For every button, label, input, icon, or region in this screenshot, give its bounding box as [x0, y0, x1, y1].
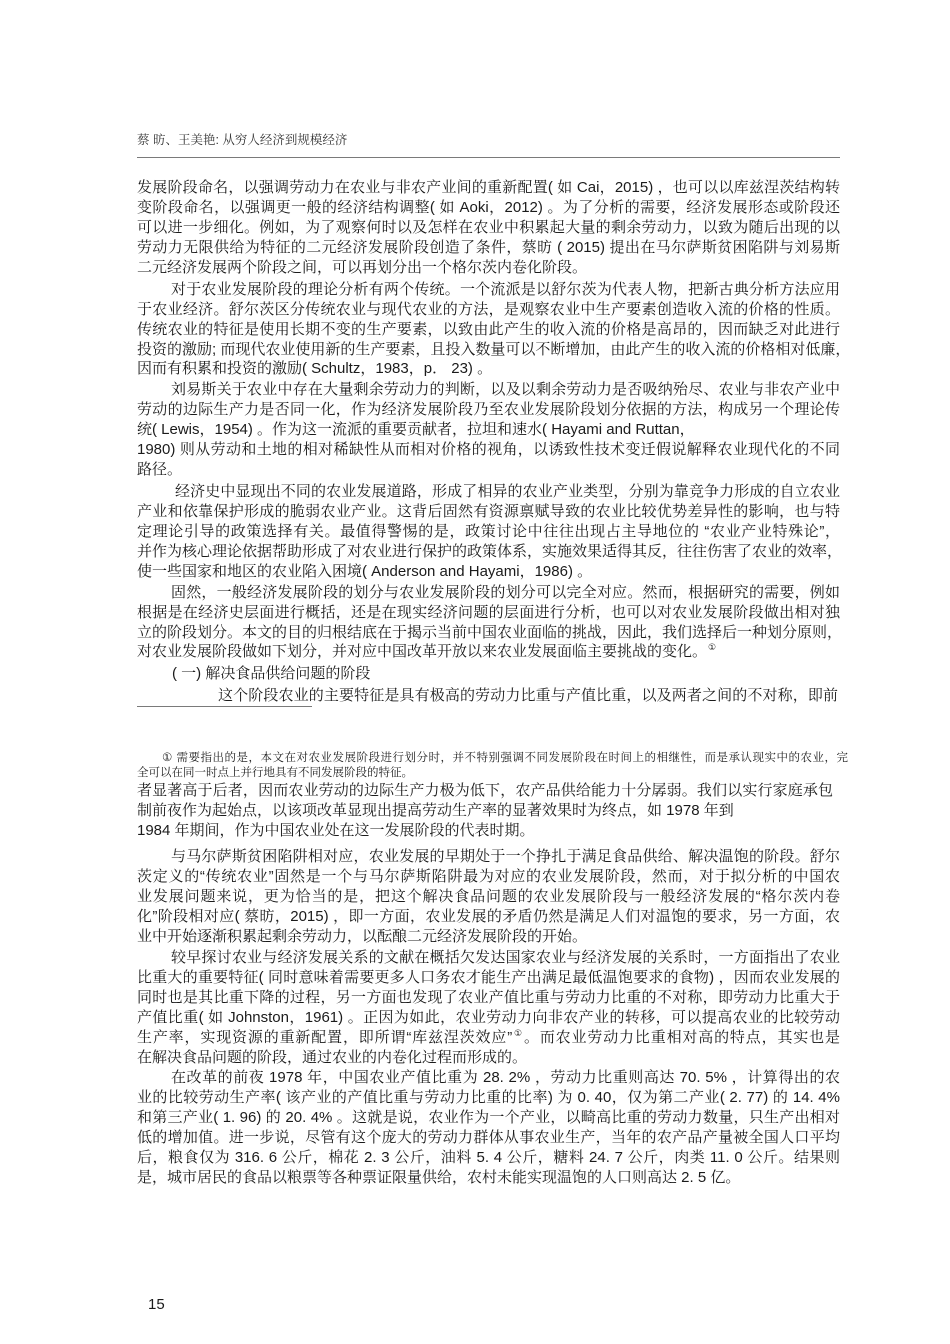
text-segment: 生产率，实现资源的重新配置，即所谓“库兹涅茨效应” [137, 1029, 512, 1046]
text-line: 产业和依靠保护形成的脆弱农业产业。这背后固然有资源禀赋导致的农业比较优势差异性的… [137, 502, 840, 522]
text-line: 刘易斯关于农业中存在大量剩余劳动力的判断，以及以剩余劳动力是否吸纳殆尽、农业与非… [171, 380, 840, 400]
page-number: 15 [148, 1295, 165, 1315]
text-line: 制前夜作为起始点，以该项改革显现出提高劳动生产率的显著效果时为终点，如 1978… [137, 801, 840, 821]
footnote-separator [137, 706, 312, 707]
text-line: 茨定义的“传统农业”固然是一个与马尔萨斯陷阱最为对应的农业发展阶段，然而，对于拟… [137, 867, 840, 887]
text-line: 统( Lewis，1954) 。作为这一流派的重要贡献者，拉坦和速水( Haya… [137, 420, 840, 440]
text-line: 立的阶段划分。本文的目的归根结底在于揭示当前中国农业面临的挑战，因此，我们选择后… [137, 623, 840, 643]
text-segment: 对农业发展阶段做如下划分，并对应中国改革开放以来农业发展面临主要挑战的变化。 [137, 643, 707, 660]
text-line: 可以进一步细化。例如，为了观察何时以及怎样在农业中积累起大量的剩余劳动力，以致为… [137, 218, 840, 238]
text-line: 劳动力无限供给为特征的二元经济发展阶段创造了条件，蔡昉 ( 2015) 提出在马… [137, 238, 840, 258]
section-heading: ( 一) 解决食品供给问题的阶段 [172, 664, 370, 684]
text-line: 与马尔萨斯贫困陷阱相对应，农业发展的早期处于一个挣扎于满足食品供给、解决温饱的阶… [171, 847, 840, 867]
text-segment: 。而农业劳动力比重相对高的特点，其实也是 [524, 1029, 840, 1046]
text-line: 1984 年期间，作为中国农业处在这一发展阶段的代表时期。 [137, 821, 840, 841]
text-line: 比重大的重要特征( 同时意味着需要更多人口务农才能生产出满足最低温饱要求的食物)… [137, 968, 840, 988]
text-line: 是，城市居民的食品以粮票等各种票证限量供给，农村未能实现温饱的人口则高达 2. … [137, 1168, 840, 1188]
text-line: 业的比较劳动生产率( 该产业的产值比重与劳动力比重的比率) 为 0. 40，仅为… [137, 1088, 840, 1108]
text-line: 在改革的前夜 1978 年，中国农业产值比重为 28. 2% ，劳动力比重则高达… [171, 1068, 840, 1088]
text-line: 者显著高于后者，因而农业劳动的边际生产力极为低下，农产品供给能力十分孱弱。我们以… [137, 781, 833, 801]
footnote-line: ① 需要指出的是，本文在对农业发展阶段进行划分时，并不特别强调不同发展阶段在时间… [162, 750, 848, 766]
text-line: 根据是在经济史层面进行概括，还是在现实经济问题的层面进行分析，也可以对农业发展阶… [137, 603, 840, 623]
text-line: 发展阶段命名，以强调劳动力在农业与非农产业间的重新配置( 如 Cai，2015)… [137, 178, 840, 198]
text-line: 传统农业的特征是使用长期不变的生产要素，以致由此产生的收入流的价格是高昂的，因而… [137, 320, 840, 340]
footnote-line: 全可以在同一时点上并行地具有不同发展阶段的特征。 [137, 765, 413, 781]
text-line: 经济史中显现出不同的农业发展道路，形成了相异的农业产业类型，分别为靠竞争力形成的… [175, 482, 840, 502]
text-line: 产值比重( 如 Johnston，1961) 。正因为如此，农业劳动力向非农产业… [137, 1008, 840, 1028]
text-line: 因而有积累和投资的激励( Schultz，1983，p． 23) 。 [137, 359, 840, 379]
text-line: 劳动的边际生产力是否同一化，作为经济发展阶段乃至农业发展阶段划分依据的方法，构成… [137, 400, 840, 420]
text-line: 二元经济发展两个阶段之间，可以再划分出一个格尔茨内卷化阶段。 [137, 258, 840, 278]
running-header-title: 蔡 昉、王美艳: 从穷人经济到规模经济 [137, 131, 347, 149]
text-line: 投资的激励; 而现代农业使用新的生产要素，且投入数量可以不断增加，由此产生的收入… [137, 340, 840, 360]
text-line: 并作为核心理论依据帮助形成了对农业进行保护的政策体系，实施效果适得其反，往往伤害… [137, 542, 840, 562]
text-line: 使一些国家和地区的农业陷入困境( Anderson and Hayami，198… [137, 562, 840, 582]
text-line: 对农业发展阶段做如下划分，并对应中国改革开放以来农业发展面临主要挑战的变化。① [137, 642, 840, 662]
text-line: 低的增加值。进一步说，尽管有这个庞大的劳动力群体从事农业生产，当年的农产品产量被… [137, 1128, 840, 1148]
text-line: 变阶段命名，以强调更一般的经济结构调整( 如 Aoki，2012) 。为了分析的… [137, 198, 840, 218]
text-line: 定理论引导的政策选择有关。最值得警惕的是，政策讨论中往往出现占主导地位的 “农业… [137, 522, 840, 542]
text-line: 这个阶段农业的主要特征是具有极高的劳动力比重与产值比重，以及两者之间的不对称，即… [218, 686, 838, 706]
text-line: 后，粮食仅为 316. 6 公斤，棉花 2. 3 公斤，油料 5. 4 公斤，糖… [137, 1148, 840, 1168]
text-line: 1980) 则从劳动和土地的相对稀缺性从而相对价格的视角，以诱致性技术变迁假说解… [137, 440, 840, 460]
text-line: 路径。 [137, 460, 840, 480]
text-line: 化”阶段相对应( 蔡昉，2015) ，即一方面，农业发展的矛盾仍然是满足人们对温… [137, 907, 840, 927]
text-line: 在解决食品问题的阶段，通过农业的内卷化过程而形成的。 [137, 1048, 840, 1068]
text-line: 于农业经济。舒尔茨区分传统农业与现代农业的方法，是观察农业中生产要素创造收入流的… [137, 300, 840, 320]
footnote-ref-1[interactable]: ① [513, 1028, 523, 1038]
text-line: 业中开始逐渐积累起剩余劳动力，以酝酿二元经济发展阶段的开始。 [137, 927, 840, 947]
text-line: 较早探讨农业与经济发展关系的文献在概括欠发达国家农业与经济发展的关系时，一方面指… [171, 948, 840, 968]
footnote-ref-1[interactable]: ① [708, 642, 716, 652]
text-line: 生产率，实现资源的重新配置，即所谓“库兹涅茨效应”①。而农业劳动力比重相对高的特… [137, 1028, 840, 1048]
text-line: 和第三产业( 1. 96) 的 20. 4% 。这就是说，农业作为一个产业，以畸… [137, 1108, 840, 1128]
text-line: 业发展问题来说，更为恰当的是，把这个解决食品问题的农业发展阶段与一般经济发展的“… [137, 887, 840, 907]
text-line: 同时也是其比重下降的过程，另一方面也发现了农业产值比重与劳动力比重的不对称，即劳… [137, 988, 840, 1008]
header-rule-divider [137, 157, 840, 158]
text-line: 对于农业发展阶段的理论分析有两个传统。一个流派是以舒尔茨为代表人物，把新古典分析… [171, 280, 840, 300]
document-page: 蔡 昉、王美艳: 从穷人经济到规模经济 发展阶段命名，以强调劳动力在农业与非农产… [0, 0, 950, 1344]
text-line: 固然，一般经济发展阶段的划分与农业发展阶段的划分可以完全对应。然而，根据研究的需… [171, 583, 840, 603]
